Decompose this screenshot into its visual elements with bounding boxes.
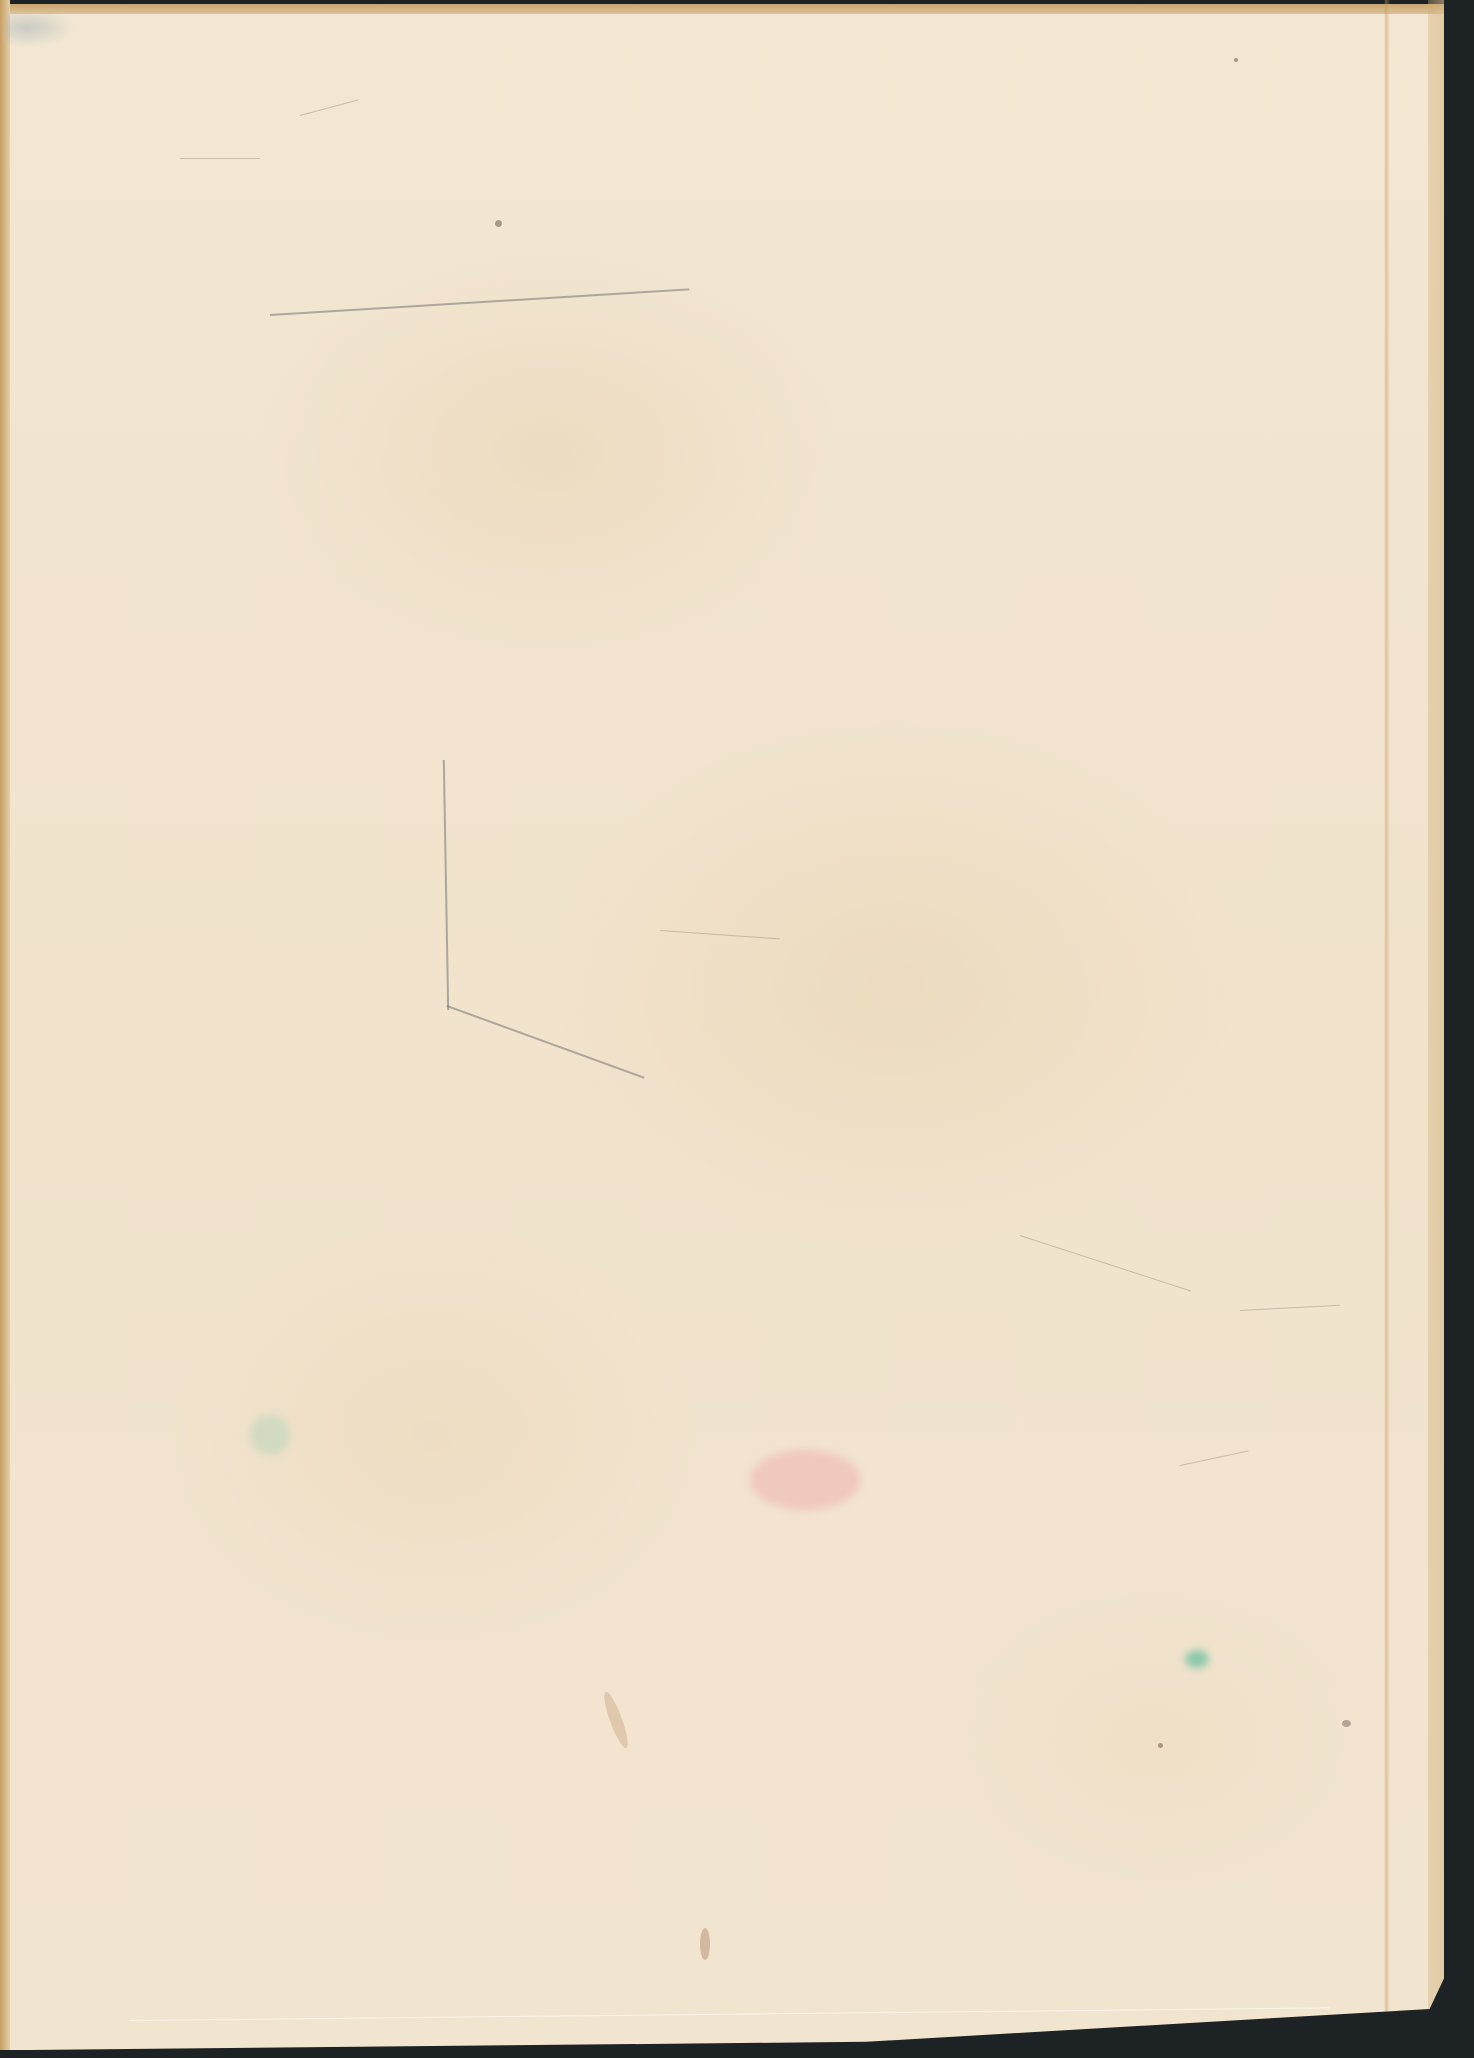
cover-fold-line: [1384, 0, 1390, 2050]
corner-wear-mark: [6, 14, 76, 48]
green-tint-mark: [250, 1415, 290, 1455]
ink-spot: [1234, 58, 1238, 62]
ink-spot: [495, 220, 502, 227]
green-tint-mark: [1185, 1650, 1209, 1668]
stain-spot: [700, 1928, 710, 1960]
ink-spot: [1158, 1743, 1163, 1748]
scratch-mark: [180, 158, 260, 159]
top-binding-edge: [0, 0, 1444, 14]
ink-spot: [1342, 1720, 1351, 1727]
bottom-crease: [130, 2007, 1330, 2021]
blank-content-area: [80, 80, 1360, 1960]
scan-background: [0, 0, 1474, 2058]
left-binding-edge: [0, 0, 10, 2050]
right-paper-edge: [1428, 0, 1444, 2050]
paper-page: [0, 0, 1444, 2050]
pink-tint-mark: [750, 1450, 860, 1510]
